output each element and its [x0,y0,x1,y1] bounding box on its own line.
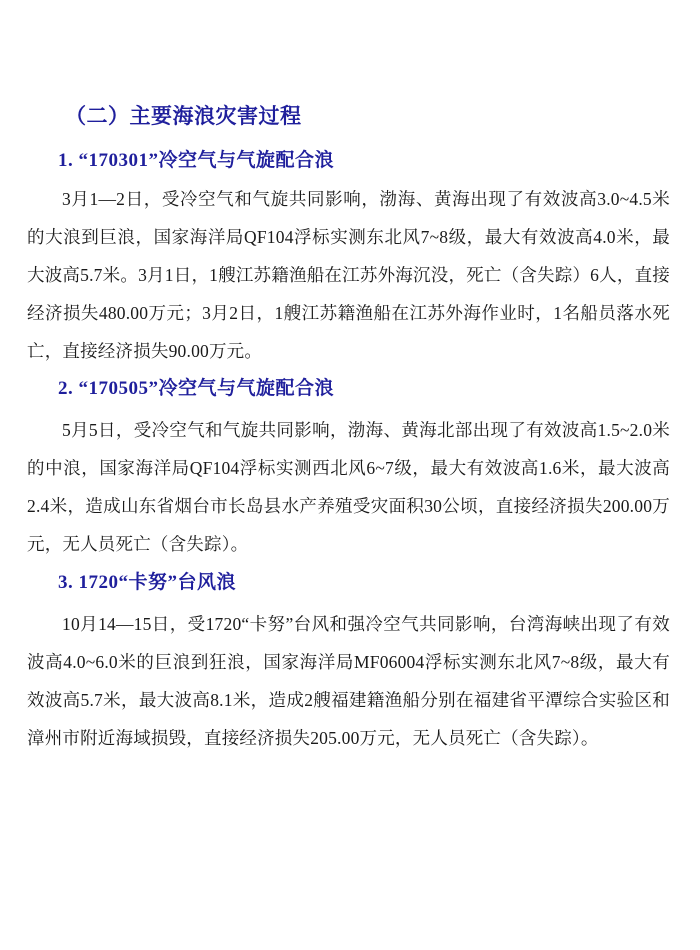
subsection-1720-khanun-heading: 3. 1720“卡努”台风浪 [27,569,670,597]
section-heading: （二）主要海浪灾害过程 [27,103,670,130]
subsection-1720-khanun-paragraph: 10月14—15日，受1720“卡努”台风和强冷空气共同影响，台湾海峡出现了有效… [27,605,670,757]
subsection-170301-heading: 1. “170301”冷空气与气旋配合浪 [27,147,670,175]
subsection-170505-paragraph: 5月5日，受冷空气和气旋共同影响，渤海、黄海北部出现了有效波高1.5~2.0米的… [27,411,670,563]
subsection-170301-paragraph: 3月1—2日，受冷空气和气旋共同影响，渤海、黄海出现了有效波高3.0~4.5米的… [27,180,670,370]
subsection-170505: 2. “170505”冷空气与气旋配合浪 5月5日，受冷空气和气旋共同影响，渤海… [27,375,670,563]
subsection-170505-heading: 2. “170505”冷空气与气旋配合浪 [27,375,670,403]
document-page: （二）主要海浪灾害过程 1. “170301”冷空气与气旋配合浪 3月1—2日，… [0,0,700,950]
subsection-170301: 1. “170301”冷空气与气旋配合浪 3月1—2日，受冷空气和气旋共同影响，… [27,147,670,370]
subsection-1720-khanun: 3. 1720“卡努”台风浪 10月14—15日，受1720“卡努”台风和强冷空… [27,569,670,757]
